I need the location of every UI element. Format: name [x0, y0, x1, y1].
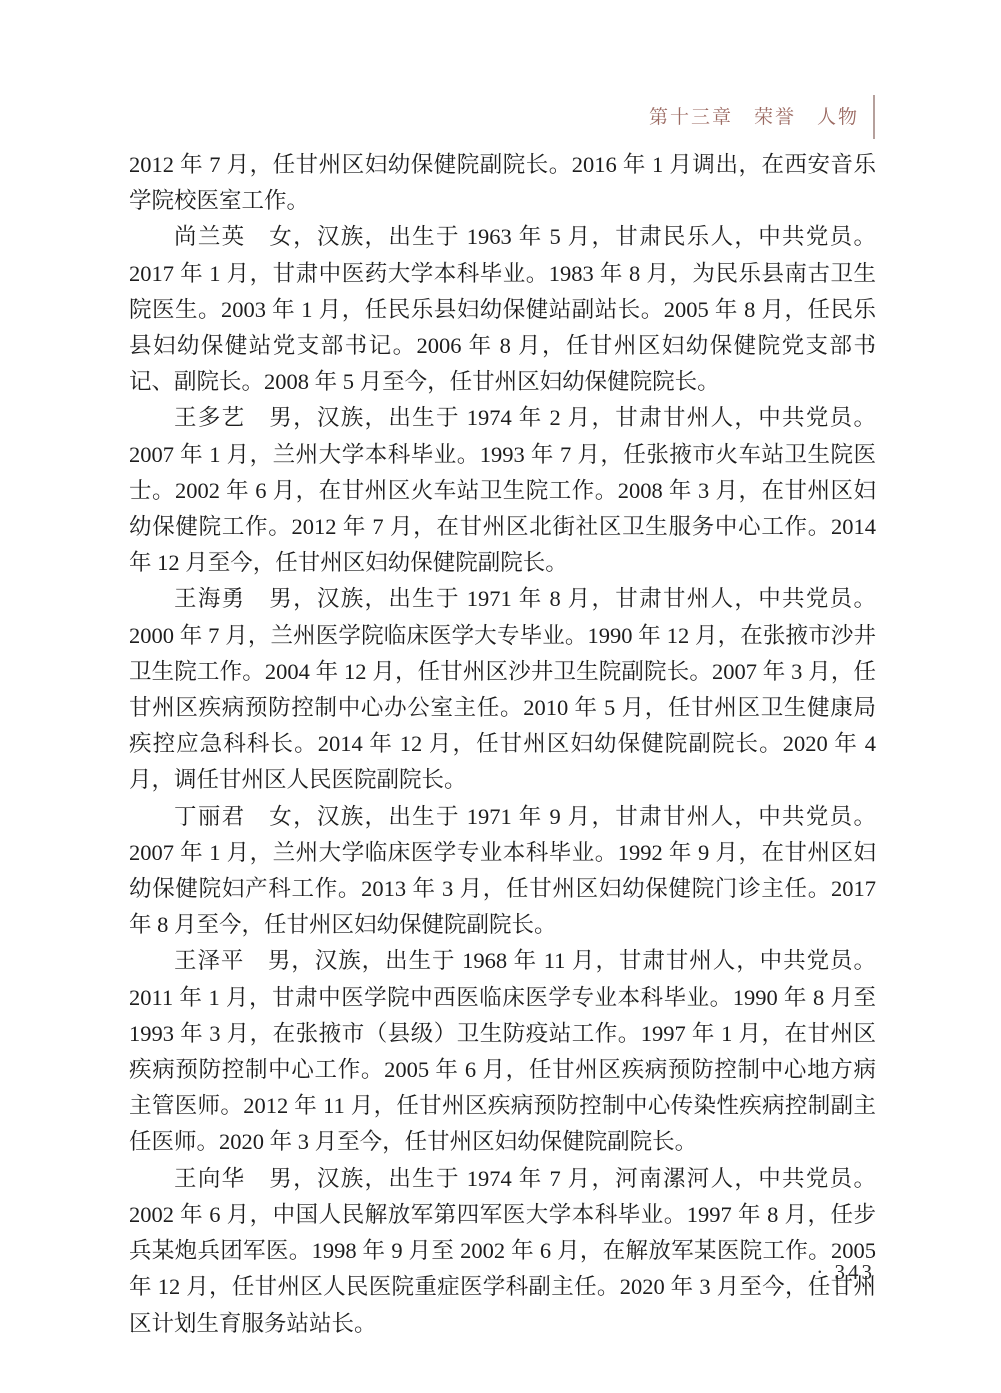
paragraph-entry-wang-xianghua: 王向华 男，汉族，出生于 1974 年 7 月，河南漯河人，中共党员。2002 …: [129, 1161, 876, 1342]
chapter-title: 第十三章 荣誉 人物: [649, 108, 859, 127]
paragraph-entry-ding-lijun: 丁丽君 女，汉族，出生于 1971 年 9 月，甘肃甘州人，中共党员。2007 …: [129, 799, 876, 944]
running-head-rule: [873, 95, 875, 139]
main-text: 2012 年 7 月，任甘州区妇幼保健院副院长。2016 年 1 月调出，在西安…: [129, 147, 876, 1342]
page-number: · 343: [816, 1260, 875, 1285]
book-page: 第十三章 荣誉 人物 2012 年 7 月，任甘州区妇幼保健院副院长。2016 …: [0, 0, 1001, 1393]
paragraph-entry-wang-zeping: 王泽平 男，汉族，出生于 1968 年 11 月，甘肃甘州人，中共党员。2011…: [129, 943, 876, 1160]
running-head: 第十三章 荣誉 人物: [649, 97, 875, 137]
paragraph-entry-shang-lanying: 尚兰英 女，汉族，出生于 1963 年 5 月，甘肃民乐人，中共党员。2017 …: [129, 219, 876, 400]
paragraph-entry-wang-duoyi: 王多艺 男，汉族，出生于 1974 年 2 月，甘肃甘州人，中共党员。2007 …: [129, 400, 876, 581]
paragraph-entry-wang-haiyong: 王海勇 男，汉族，出生于 1971 年 8 月，甘肃甘州人，中共党员。2000 …: [129, 581, 876, 798]
paragraph-continuation: 2012 年 7 月，任甘州区妇幼保健院副院长。2016 年 1 月调出，在西安…: [129, 147, 876, 219]
